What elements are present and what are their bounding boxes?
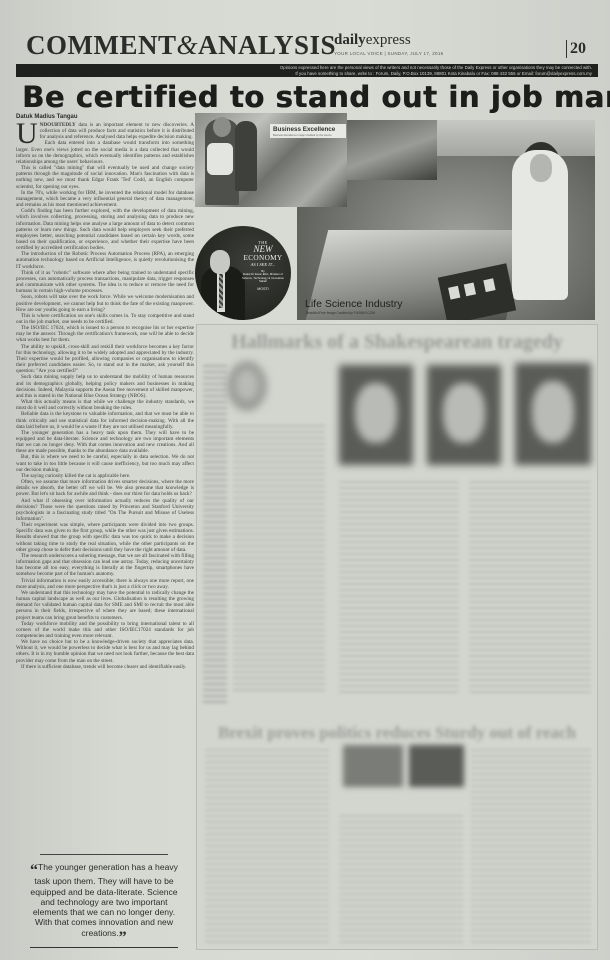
pull-quote-text: The younger generation has a heavy task … <box>30 862 178 938</box>
badge-economy: ECONOMY <box>240 254 286 262</box>
article-paragraph: And what if obsessing over information a… <box>16 498 194 523</box>
bleed-portrait-small <box>227 361 267 411</box>
bleed-text-column-5 <box>339 815 463 947</box>
close-quote-icon: ” <box>119 929 127 946</box>
badge-text: THE NEW ECONOMY AS I SEE IT... ByDatuk D… <box>240 240 286 291</box>
article-paragraph: Soon, robots will take over the work for… <box>16 294 194 312</box>
drop-cap: U <box>16 123 38 145</box>
article-paragraph: This is called "data mining" that will e… <box>16 165 194 190</box>
bleed-headline-bottom: Brexit proves politics reduces Sturdy ou… <box>217 723 577 743</box>
brand-tagline: YOUR LOCAL VOICE | SUNDAY, JULY 17, 2016 <box>334 51 443 56</box>
business-caption-sub: Business Excellence Image Credited by th… <box>273 134 343 137</box>
life-science-caption: Life Science Industry <box>305 298 402 310</box>
article-paragraph: The ISO/IEC 17024, which is issued to a … <box>16 325 194 343</box>
article-byline: Datuk Madius Tangau <box>16 114 194 120</box>
article-paragraph: Trivial information is now easily access… <box>16 578 194 590</box>
article-paragraph: If there is sufficient database, trends … <box>16 664 194 670</box>
article-paragraph: In the 70's, while working for IBM, he i… <box>16 190 194 208</box>
brand-logo: dailyexpress YOUR LOCAL VOICE | SUNDAY, … <box>334 32 443 56</box>
section-title-analysis: ANALYSIS <box>198 30 336 60</box>
section-title-comment: COMMENT <box>26 30 176 60</box>
bleed-text-column-4 <box>205 749 329 947</box>
article-paragraph: The ability to upskill, cross-skill and … <box>16 344 194 375</box>
section-title-ampersand: & <box>176 30 198 60</box>
new-economy-column-badge: THE NEW ECONOMY AS I SEE IT... ByDatuk D… <box>195 226 291 320</box>
page-number: 20 <box>566 40 586 58</box>
badge-author: Datuk Dr Ewon Ebin, Minister of Science,… <box>242 272 284 283</box>
business-excellence-caption: Business Excellence Business Excellence … <box>270 124 346 138</box>
life-science-credit: Beautiful Free Image Credited by PIXABAY… <box>306 311 375 315</box>
article-paragraph: Such data mining supply help us to under… <box>16 374 194 399</box>
article-paragraph: The introduction of the Robotic Process … <box>16 251 194 269</box>
article-paragraph: We understand that this technology may h… <box>16 590 194 621</box>
masthead: COMMENT&ANALYSIS dailyexpress YOUR LOCAL… <box>26 30 592 64</box>
badge-as-i-see-it: AS I SEE IT... <box>240 262 286 267</box>
article-paragraph: What this actually means is that while w… <box>16 399 194 411</box>
article-paragraph: The research underscores a sobering mess… <box>16 553 194 578</box>
lead-paragraph: UNDOUBTEDLY data is an important element… <box>16 122 194 140</box>
article-paragraph: This is where certification on one's ski… <box>16 313 194 325</box>
article-paragraph: Think of it as "robotic" software where … <box>16 270 194 295</box>
section-title: COMMENT&ANALYSIS <box>26 30 336 61</box>
bleed-portrait-1 <box>339 365 413 465</box>
pull-quote-top-rule <box>40 854 168 855</box>
article-paragraph: Today workforce mobility and the possibi… <box>16 621 194 639</box>
bleed-portrait-2 <box>427 365 501 465</box>
article-paragraph: Each data entered into a database would … <box>16 140 194 165</box>
opinion-notice-bar: Opinions expressed here are the personal… <box>16 64 598 77</box>
notice-line-2: If you have something to share, write to… <box>16 71 592 77</box>
article-paragraph: Reliable data is the keystone to valuabl… <box>16 411 194 429</box>
article-text: UNDOUBTEDLY data is an important element… <box>16 122 194 670</box>
bleed-flag-image <box>343 745 403 787</box>
reverse-side-bleed-through: Hallmarks of a Shakespearean tragedy Bre… <box>196 324 598 950</box>
article-body: Datuk Madius Tangau UNDOUBTEDLY data is … <box>16 114 194 670</box>
brand-name-rest: express <box>366 32 411 48</box>
bleed-text-column-1 <box>233 425 325 695</box>
article-paragraph: Their experiment was simple, where parti… <box>16 522 194 553</box>
bleed-portrait-3 <box>515 363 591 465</box>
bleed-text-column-2 <box>339 481 459 697</box>
article-paragraph: But, this is where we need to be careful… <box>16 454 194 472</box>
article-paragraph: Often, we assume that more information d… <box>16 479 194 497</box>
newspaper-page: COMMENT&ANALYSIS dailyexpress YOUR LOCAL… <box>0 0 610 960</box>
business-caption-title: Business Excellence <box>273 126 335 133</box>
article-paragraph: We have no choice but to be a knowledge-… <box>16 639 194 664</box>
bleed-headline-top: Hallmarks of a Shakespearean tragedy <box>217 331 577 354</box>
bleed-text-column-0 <box>203 365 227 707</box>
pull-quote: “The younger generation has a heavy task… <box>30 862 178 948</box>
article-paragraph: The younger generation has a heavy task … <box>16 430 194 455</box>
bleed-photo-image <box>409 745 464 787</box>
bleed-text-column-6 <box>471 749 591 947</box>
article-headline: Be certified to stand out in job mart <box>22 80 592 114</box>
brand-name-bold: daily <box>334 32 366 48</box>
bleed-text-column-3 <box>469 481 591 697</box>
article-paragraph: Codd's finding has been further explored… <box>16 208 194 251</box>
badge-publisher: MOSTI <box>240 287 286 291</box>
